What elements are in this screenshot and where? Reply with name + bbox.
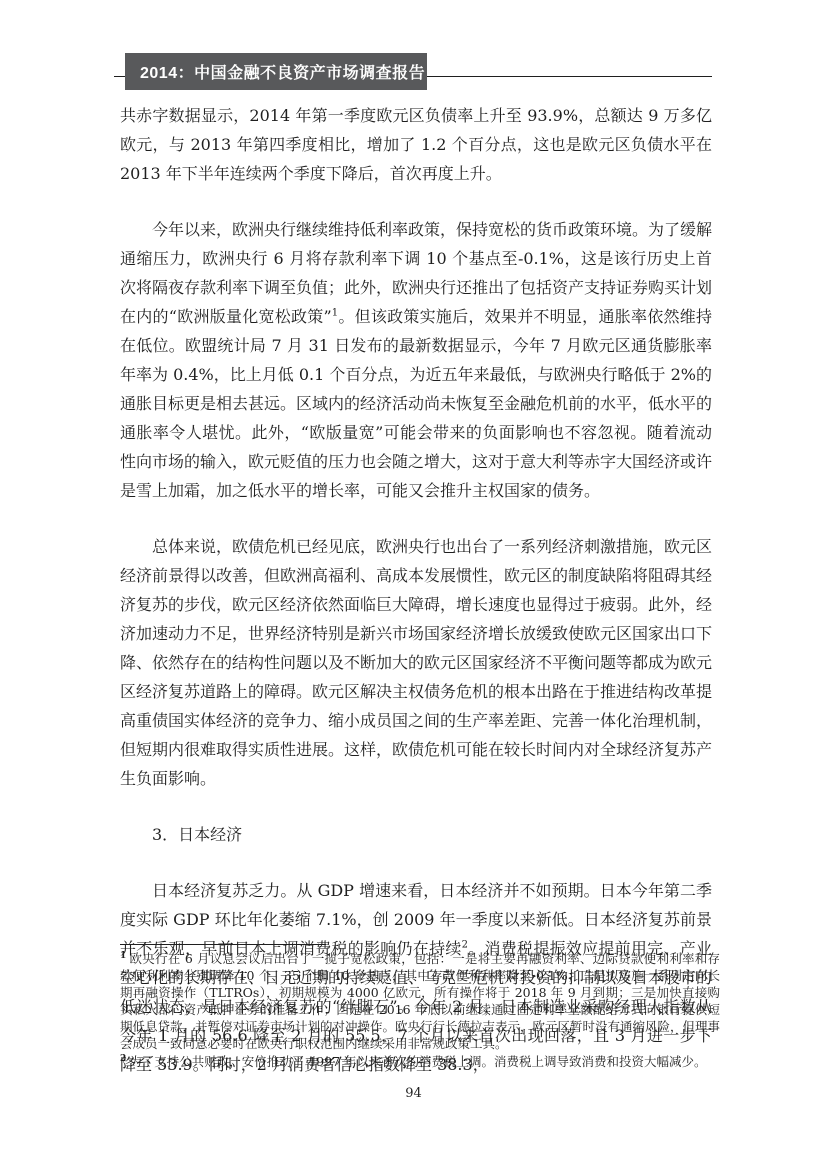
footnote-2: 2为了支持公共财政，安倍推动了 1997 年以来首次的消费税上调。消费税上调导致… [120, 1053, 720, 1070]
document-page: 2014：中国金融不良资产市场调查报告 共赤字数据显示，2014 年第一季度欧元… [0, 0, 827, 1169]
paragraph-text: 。但该政策实施后，效果并不明显，通胀率依然维持在低位。欧盟统计局 7 月 31 … [120, 307, 712, 500]
footnote-separator [120, 944, 326, 945]
paragraph-text: 共赤字数据显示，2014 年第一季度欧元区负债率上升至 93.9%，总额达 9 … [120, 106, 712, 183]
body-paragraph-1: 共赤字数据显示，2014 年第一季度欧元区负债率上升至 93.9%，总额达 9 … [120, 101, 712, 188]
page-number: 94 [0, 1086, 827, 1101]
footnotes-section: 1欧央行在 6 月议息会议后出台了一揽子宽松政策，包括：一是将主要再融资利率、边… [120, 950, 720, 1071]
body-paragraph-2: 今年以来，欧洲央行继续维持低利率政策，保持宽松的货币政策环境。为了缓解通缩压力，… [120, 215, 712, 505]
section-heading-japan-economy: 3．日本经济 [120, 820, 712, 849]
footnote-text: 为了支持公共财政，安倍推动了 1997 年以来首次的消费税上调。消费税上调导致消… [129, 1054, 706, 1069]
report-title: 2014：中国金融不良资产市场调查报告 [140, 60, 425, 83]
header-banner: 2014：中国金融不良资产市场调查报告 [125, 53, 427, 90]
footnote-marker-2: 2 [120, 1054, 126, 1064]
footnote-text: 欧央行在 6 月议息会议后出台了一揽子宽松政策，包括：一是将主要再融资利率、边际… [120, 951, 720, 1051]
footnote-marker-1: 1 [120, 951, 126, 961]
paragraph-text: 总体来说，欧债危机已经见底，欧洲央行也出台了一系列经济刺激措施，欧元区经济前景得… [120, 537, 712, 788]
footnote-1: 1欧央行在 6 月议息会议后出台了一揽子宽松政策，包括：一是将主要再融资利率、边… [120, 950, 720, 1052]
body-paragraph-3: 总体来说，欧债危机已经见底，欧洲央行也出台了一系列经济刺激措施，欧元区经济前景得… [120, 532, 712, 793]
